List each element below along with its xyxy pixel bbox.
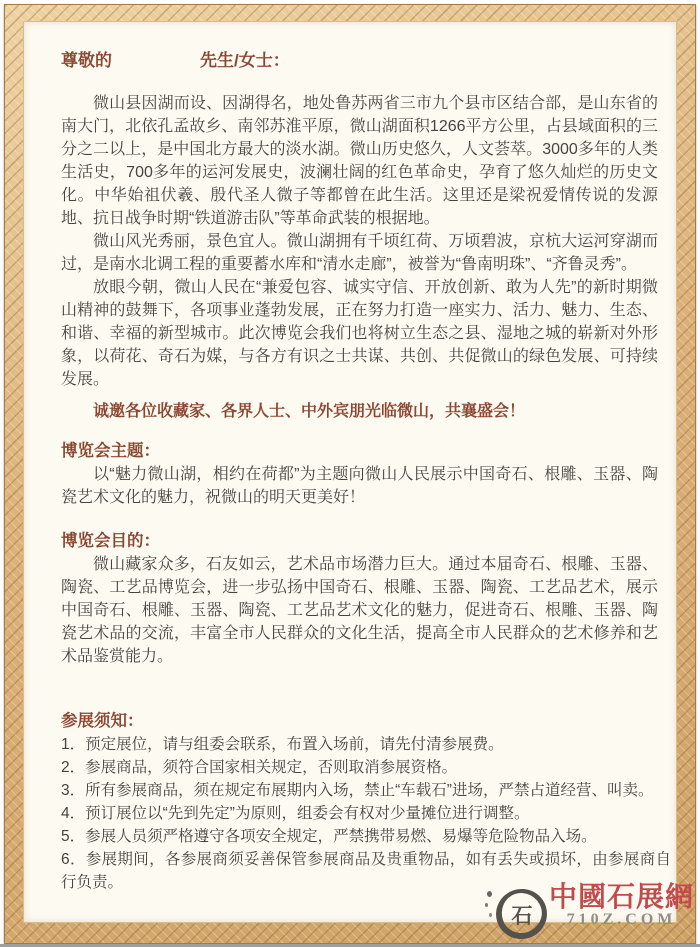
purpose-body: 微山藏家众多，石友如云，艺术品市场潜力巨大。通过本届奇石、根雕、玉器、陶瓷、工艺… <box>61 553 658 668</box>
site-name: 中國石展網 <box>549 883 694 913</box>
notice-item: 3．所有参展商品，须在规定布展期内入场，禁止“车载石”进场，严禁占道经营、叫卖。 <box>61 779 671 802</box>
theme-body: 以“魅力微山湖，相约在荷都”为主题向微山人民展示中国奇石、根雕、玉器、陶瓷艺术文… <box>61 463 658 509</box>
notice-item: 2．参展商品，须符合国家相关规定，否则取消参展资格。 <box>61 756 671 779</box>
intro-paragraph-3: 放眼今朝，微山人民在“兼爱包容、诚实守信、开放创新、敢为人先”的新时期微山精神的… <box>61 276 658 391</box>
notice-item: 1．预定展位，请与组委会联系，布置入场前，请先付清参展费。 <box>61 733 671 756</box>
notice-item: 4．预订展位以“先到先定”为原则，组委会有权对少量摊位进行调整。 <box>61 802 671 825</box>
intro-paragraph-2: 微山风光秀丽，景色宜人。微山湖拥有千顷红荷、万顷碧波，京杭大运河穿湖而过，是南水… <box>61 230 658 276</box>
site-logo: 石 中國石展網 710Z.COM <box>493 881 694 945</box>
invitation-line: 诚邀各位收藏家、各界人士、中外宾朋光临微山，共襄盛会！ <box>61 400 658 423</box>
greeting-suffix: 先生/女士： <box>200 51 290 70</box>
intro-paragraph-1: 微山县因湖而设、因湖得名，地处鲁苏两省三市九个县市区结合部，是山东省的南大门，北… <box>61 92 658 230</box>
notice-item-list: 1．预定展位，请与组委会联系，布置入场前，请先付清参展费。 2．参展商品，须符合… <box>61 733 671 894</box>
greeting-line: 尊敬的先生/女士： <box>61 49 658 72</box>
seal-character: 石 <box>496 889 548 941</box>
notice-heading: 参展须知： <box>61 710 658 733</box>
stone-seal-icon: 石 <box>493 887 549 945</box>
greeting-prefix: 尊敬的 <box>61 51 112 70</box>
logo-text: 中國石展網 710Z.COM <box>549 881 694 929</box>
site-domain: 710Z.COM <box>549 911 694 929</box>
theme-heading: 博览会主题： <box>61 440 658 463</box>
invitation-letter: 尊敬的先生/女士： 微山县因湖而设、因湖得名，地处鲁苏两省三市九个县市区结合部，… <box>23 21 677 923</box>
notice-item: 5．参展人员须严格遵守各项安全规定，严禁携带易燃、易爆等危险物品入场。 <box>61 825 671 848</box>
purpose-heading: 博览会目的： <box>61 530 658 553</box>
